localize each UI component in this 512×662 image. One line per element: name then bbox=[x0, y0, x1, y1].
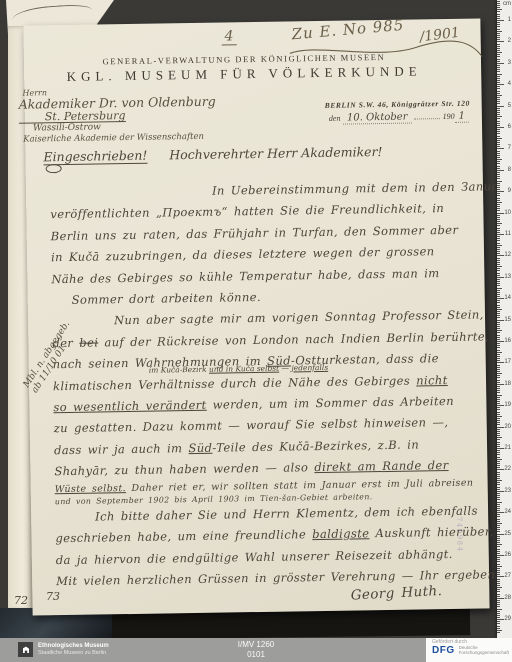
ruler-tick bbox=[497, 18, 500, 19]
ruler-tick bbox=[497, 420, 500, 421]
letter-body: In Uebereinstimmung mit dem in den Запис… bbox=[50, 177, 477, 615]
ruler-tick bbox=[497, 343, 500, 344]
ruler-tick bbox=[497, 621, 500, 622]
ruler-tick bbox=[497, 3, 500, 4]
ruler-tick bbox=[497, 273, 500, 274]
ruler-number: 11 bbox=[505, 231, 511, 237]
ruler-tick bbox=[497, 519, 500, 520]
ruler-tick bbox=[497, 153, 500, 154]
ruler-tick bbox=[497, 452, 500, 453]
ruler-tick bbox=[497, 219, 500, 220]
ruler-tick bbox=[497, 516, 500, 517]
registered-mail-note: Eingeschrieben! bbox=[43, 148, 147, 166]
ruler-tick bbox=[497, 86, 500, 87]
ruler-number: 23 bbox=[504, 488, 511, 494]
ruler-tick bbox=[497, 502, 502, 503]
ruler-tick bbox=[497, 476, 500, 477]
ruler-tick bbox=[497, 418, 500, 419]
ruler-number: 22 bbox=[504, 466, 511, 472]
ruler-tick bbox=[497, 380, 500, 381]
ruler-number: 6 bbox=[508, 124, 511, 130]
funding-block: Gefördert durch DFG Deutsche Forschungsg… bbox=[426, 638, 512, 662]
ruler-tick bbox=[497, 260, 500, 261]
ruler-tick bbox=[497, 146, 500, 147]
ruler-tick bbox=[497, 609, 502, 610]
letterhead-date-line: den 10. Oktober 1901 bbox=[329, 111, 469, 124]
ruler-tick bbox=[497, 350, 500, 351]
ruler-tick bbox=[497, 191, 504, 192]
folio-number-annotation: 4 bbox=[221, 28, 236, 45]
ruler-tick bbox=[497, 510, 500, 511]
ruler-tick bbox=[497, 600, 500, 601]
ruler-tick bbox=[497, 390, 500, 391]
ruler-tick bbox=[497, 377, 500, 378]
ruler-tick bbox=[497, 106, 504, 107]
ruler-tick bbox=[497, 148, 504, 149]
ruler-number: 9 bbox=[508, 188, 511, 194]
ruler-tick bbox=[497, 99, 500, 100]
ruler-tick bbox=[497, 330, 502, 331]
ruler-tick bbox=[497, 155, 500, 156]
ruler-tick bbox=[497, 487, 500, 488]
ruler-tick bbox=[497, 29, 500, 30]
ruler-tick bbox=[497, 255, 504, 256]
ruler-tick bbox=[497, 613, 500, 614]
ruler-tick bbox=[497, 236, 500, 237]
ruler-tick bbox=[497, 534, 504, 535]
ruler-tick bbox=[497, 576, 504, 577]
pen-stroke-decoration bbox=[12, 3, 93, 20]
ruler-tick bbox=[497, 367, 500, 368]
ruler-tick bbox=[497, 279, 500, 280]
ruler-tick bbox=[497, 67, 500, 68]
ruler-tick bbox=[497, 564, 500, 565]
ruler-tick bbox=[497, 442, 500, 443]
ruler-tick bbox=[497, 322, 500, 323]
ruler-number: 26 bbox=[504, 552, 511, 558]
ruler-tick bbox=[497, 414, 500, 415]
ruler-tick bbox=[497, 574, 500, 575]
ruler-tick bbox=[497, 467, 500, 468]
page-number-right: 73 bbox=[46, 590, 60, 603]
ruler-tick bbox=[497, 427, 504, 428]
ruler-tick bbox=[497, 332, 500, 333]
ruler-number: 5 bbox=[508, 103, 511, 109]
ruler-number: 1 bbox=[508, 17, 511, 23]
ruler-tick bbox=[497, 341, 504, 342]
ruler-tick bbox=[497, 110, 500, 111]
ruler-tick bbox=[497, 461, 500, 462]
ruler-tick bbox=[497, 123, 500, 124]
ruler-tick bbox=[497, 358, 500, 359]
ruler-tick bbox=[497, 133, 500, 134]
ruler-tick bbox=[497, 151, 500, 152]
ruler-tick bbox=[497, 493, 500, 494]
ruler-tick bbox=[497, 161, 500, 162]
ruler-tick bbox=[497, 561, 500, 562]
date-prefix: den bbox=[329, 114, 341, 123]
ruler-tick bbox=[497, 52, 502, 53]
ruler-tick bbox=[497, 101, 500, 102]
ruler-tick bbox=[497, 354, 500, 355]
ruler-tick bbox=[497, 44, 500, 45]
ruler-tick bbox=[497, 628, 500, 629]
ruler-tick bbox=[497, 472, 500, 473]
ruler-tick bbox=[497, 521, 500, 522]
ruler-tick bbox=[497, 536, 500, 537]
interline-insertion: im Kučā-Bezirk und in Kučā selbst — jede… bbox=[149, 364, 328, 375]
ruler-tick bbox=[497, 362, 504, 363]
ruler-tick bbox=[497, 315, 500, 316]
ruler-tick bbox=[497, 305, 500, 306]
ruler-tick bbox=[497, 551, 500, 552]
ruler-tick bbox=[497, 328, 500, 329]
ruler-number: 15 bbox=[504, 317, 511, 323]
ruler-tick bbox=[497, 375, 500, 376]
ruler-number: 29 bbox=[504, 616, 511, 622]
ruler-tick bbox=[497, 125, 500, 126]
ruler-tick bbox=[497, 232, 500, 233]
ruler-tick bbox=[497, 296, 500, 297]
ruler-tick bbox=[497, 249, 500, 250]
ruler-tick bbox=[497, 399, 500, 400]
ruler-tick bbox=[497, 457, 500, 458]
ruler-tick bbox=[497, 581, 500, 582]
ruler-tick bbox=[497, 373, 502, 374]
ruler-tick bbox=[497, 9, 502, 10]
ruler-number: 14 bbox=[504, 295, 511, 301]
ruler-tick bbox=[497, 369, 500, 370]
ruler-tick bbox=[497, 337, 500, 338]
ruler-tick bbox=[497, 243, 500, 244]
ruler-tick bbox=[497, 112, 500, 113]
ruler-unit-label: cm bbox=[503, 1, 511, 7]
ruler-tick bbox=[497, 546, 500, 547]
ruler-number: 20 bbox=[504, 424, 511, 430]
ruler-tick bbox=[497, 345, 500, 346]
ruler-tick bbox=[497, 187, 500, 188]
ruler-tick bbox=[497, 523, 502, 524]
ruler-tick bbox=[497, 228, 500, 229]
ruler-tick bbox=[497, 202, 502, 203]
ruler-tick bbox=[497, 172, 500, 173]
ruler-tick bbox=[497, 41, 504, 42]
ruler-number: 28 bbox=[504, 595, 511, 601]
ruler-tick bbox=[497, 395, 502, 396]
ruler-tick bbox=[497, 339, 500, 340]
ruler-tick bbox=[497, 74, 502, 75]
ruler-tick bbox=[497, 138, 502, 139]
ruler-tick bbox=[497, 602, 500, 603]
ruler-tick bbox=[497, 384, 504, 385]
ruler-tick bbox=[497, 604, 500, 605]
ruler-tick bbox=[497, 59, 500, 60]
ruler-tick bbox=[497, 474, 500, 475]
ruler-tick bbox=[497, 178, 500, 179]
ruler-tick bbox=[497, 300, 500, 301]
ruler-tick bbox=[497, 559, 500, 560]
salutation-line: Eingeschrieben! Hochverehrter Herr Akade… bbox=[43, 144, 382, 164]
ruler-tick bbox=[497, 142, 500, 143]
ruler-tick bbox=[497, 33, 500, 34]
ruler-tick bbox=[497, 439, 500, 440]
ruler-tick bbox=[497, 163, 500, 164]
ruler-tick bbox=[497, 596, 500, 597]
ruler-tick bbox=[497, 585, 500, 586]
ruler-tick bbox=[497, 168, 500, 169]
ruler-tick bbox=[497, 632, 500, 633]
ruler-tick bbox=[497, 433, 500, 434]
ruler-tick bbox=[497, 591, 500, 592]
ruler-number: 24 bbox=[504, 509, 511, 515]
ruler-tick bbox=[497, 506, 500, 507]
ruler-tick bbox=[497, 277, 504, 278]
ruler-tick bbox=[497, 204, 500, 205]
ruler-tick bbox=[497, 422, 500, 423]
ruler-tick bbox=[497, 566, 502, 567]
ruler-tick bbox=[497, 450, 500, 451]
ruler-tick bbox=[497, 206, 500, 207]
funding-name-line: Forschungsgemeinschaft bbox=[459, 651, 509, 656]
ruler-tick bbox=[497, 185, 500, 186]
ruler-tick bbox=[497, 352, 502, 353]
ruler-tick bbox=[497, 405, 504, 406]
ruler-tick bbox=[497, 93, 500, 94]
ruler-tick bbox=[497, 189, 500, 190]
ruler-number: 4 bbox=[508, 81, 511, 87]
ruler-tick bbox=[497, 508, 500, 509]
ruler-tick bbox=[497, 198, 500, 199]
ruler-tick bbox=[497, 80, 500, 81]
ruler-tick bbox=[497, 403, 500, 404]
archive-footer-bar: Ethnologisches Museum Staatliche Museen … bbox=[0, 638, 512, 662]
letter-page: 4 Zu E. No 985 /1901 GENERAL-VERWALTUNG … bbox=[23, 18, 489, 615]
greeting: Hochverehrter Herr Akademiker! bbox=[169, 144, 382, 162]
ruler-tick bbox=[497, 495, 500, 496]
ruler-tick bbox=[497, 478, 500, 479]
ruler: cm 1234567891011121314151617181920212223… bbox=[497, 0, 512, 638]
ruler-tick bbox=[497, 598, 504, 599]
ruler-tick bbox=[497, 48, 500, 49]
ruler-number: 27 bbox=[504, 573, 511, 579]
ruler-tick bbox=[497, 324, 500, 325]
ruler-tick bbox=[497, 531, 500, 532]
ruler-tick bbox=[497, 626, 500, 627]
ruler-tick bbox=[497, 555, 504, 556]
ruler-number: 19 bbox=[504, 402, 511, 408]
ruler-tick bbox=[497, 568, 500, 569]
ruler-tick bbox=[497, 283, 500, 284]
ruler-tick bbox=[497, 294, 500, 295]
ruler-number: 25 bbox=[504, 531, 511, 537]
ruler-tick bbox=[497, 482, 500, 483]
ruler-tick bbox=[497, 238, 500, 239]
ruler-tick bbox=[497, 412, 500, 413]
ruler-tick bbox=[497, 114, 500, 115]
inventory-stamp-vertical: 740984 bbox=[455, 517, 464, 553]
ruler-tick bbox=[497, 309, 502, 310]
ruler-tick bbox=[497, 491, 504, 492]
ruler-tick bbox=[497, 223, 502, 224]
ruler-tick bbox=[497, 317, 500, 318]
ruler-tick bbox=[497, 525, 500, 526]
ruler-tick bbox=[497, 557, 500, 558]
ruler-tick bbox=[497, 11, 500, 12]
ruler-tick bbox=[497, 527, 500, 528]
ruler-number: 17 bbox=[504, 359, 511, 365]
ruler-tick bbox=[497, 56, 500, 57]
ruler-tick bbox=[497, 307, 500, 308]
ruler-tick bbox=[497, 253, 500, 254]
ruler-tick bbox=[497, 46, 500, 47]
ruler-tick bbox=[497, 275, 500, 276]
ruler-tick bbox=[497, 251, 500, 252]
ruler-tick bbox=[497, 288, 502, 289]
ruler-tick bbox=[497, 170, 504, 171]
ruler-tick bbox=[497, 159, 502, 160]
ruler-tick bbox=[497, 210, 500, 211]
ruler-number: 2 bbox=[508, 38, 511, 44]
ruler-tick bbox=[497, 26, 500, 27]
ruler-tick bbox=[497, 401, 500, 402]
ruler-tick bbox=[497, 245, 502, 246]
ruler-tick bbox=[497, 465, 500, 466]
ruler-tick bbox=[497, 619, 504, 620]
ruler-tick bbox=[497, 88, 500, 89]
ruler-tick bbox=[497, 553, 500, 554]
ruler-tick bbox=[497, 504, 500, 505]
ruler-number: 8 bbox=[508, 167, 511, 173]
ruler-tick bbox=[497, 365, 500, 366]
ruler-tick bbox=[497, 193, 500, 194]
ruler-number: 3 bbox=[508, 60, 511, 66]
ruler-tick bbox=[497, 356, 500, 357]
ruler-tick bbox=[497, 5, 500, 6]
ruler-tick bbox=[497, 116, 502, 117]
ruler-tick bbox=[497, 435, 500, 436]
ruler-tick bbox=[497, 35, 500, 36]
ruler-tick bbox=[497, 181, 502, 182]
ruler-tick bbox=[497, 623, 500, 624]
ruler-tick bbox=[497, 217, 500, 218]
ruler-tick bbox=[497, 108, 500, 109]
ruler-tick bbox=[497, 270, 500, 271]
ruler-tick bbox=[497, 529, 500, 530]
ruler-tick bbox=[497, 484, 500, 485]
ruler-tick bbox=[497, 78, 500, 79]
ruler-tick bbox=[497, 240, 500, 241]
ruler-tick bbox=[497, 388, 500, 389]
ruler-tick bbox=[497, 463, 500, 464]
ruler-tick bbox=[497, 234, 504, 235]
ruler-tick bbox=[497, 424, 500, 425]
ruler-tick bbox=[497, 392, 500, 393]
ruler-tick bbox=[497, 538, 500, 539]
ruler-tick bbox=[497, 469, 504, 470]
ruler-tick bbox=[497, 544, 502, 545]
ruler-tick bbox=[497, 176, 500, 177]
ruler-tick bbox=[497, 617, 500, 618]
ruler-tick bbox=[497, 268, 500, 269]
ruler-tick bbox=[497, 264, 500, 265]
archival-scan-viewer: 4 Zu E. No 985 /1901 GENERAL-VERWALTUNG … bbox=[0, 0, 512, 662]
ruler-tick bbox=[497, 512, 504, 513]
ruler-tick bbox=[497, 579, 500, 580]
ruler-tick bbox=[497, 454, 500, 455]
ruler-tick bbox=[497, 14, 500, 15]
ruler-tick bbox=[497, 266, 502, 267]
ruler-tick bbox=[497, 583, 500, 584]
ruler-tick bbox=[497, 20, 504, 21]
recipient-city: St. Petersburg bbox=[19, 110, 126, 124]
ruler-tick bbox=[497, 195, 500, 196]
ruler-tick bbox=[497, 407, 500, 408]
ruler-tick bbox=[497, 131, 500, 132]
ruler-tick bbox=[497, 84, 504, 85]
ruler-tick bbox=[497, 200, 500, 201]
ruler-number: 21 bbox=[504, 445, 511, 451]
ruler-tick bbox=[497, 302, 500, 303]
recipient-institution: Kaiserliche Akademie der Wissenschaften bbox=[19, 132, 216, 146]
ruler-tick bbox=[497, 431, 500, 432]
letterhead-address: BERLIN S.W. 46, Königgrätzer Str. 120 bbox=[325, 99, 470, 110]
ruler-number: 16 bbox=[504, 338, 511, 344]
ruler-tick bbox=[497, 630, 502, 631]
ruler-tick bbox=[497, 606, 500, 607]
ruler-tick bbox=[497, 499, 500, 500]
ruler-tick bbox=[497, 121, 500, 122]
ruler-number: 7 bbox=[508, 145, 511, 151]
ruler-tick bbox=[497, 587, 502, 588]
ruler-tick bbox=[497, 572, 500, 573]
ruler-tick bbox=[497, 91, 500, 92]
ruler-tick bbox=[497, 262, 500, 263]
date-year-printed: 190 bbox=[442, 112, 454, 121]
ruler-tick bbox=[497, 54, 500, 55]
ruler-tick bbox=[497, 7, 500, 8]
ruler-tick bbox=[497, 97, 500, 98]
ruler-tick bbox=[497, 292, 500, 293]
ruler-tick bbox=[497, 589, 500, 590]
ruler-tick bbox=[497, 247, 500, 248]
ruler-tick bbox=[497, 542, 500, 543]
ruler-tick bbox=[497, 157, 500, 158]
ruler-tick bbox=[497, 118, 500, 119]
ruler-tick bbox=[497, 313, 500, 314]
ruler-tick bbox=[497, 140, 500, 141]
ruler-tick bbox=[497, 320, 504, 321]
ruler-tick bbox=[497, 549, 500, 550]
ruler-tick bbox=[497, 409, 500, 410]
ruler-tick bbox=[497, 208, 500, 209]
ruler-tick bbox=[497, 514, 500, 515]
ruler-tick bbox=[497, 1, 500, 2]
ruler-tick bbox=[497, 437, 502, 438]
ruler-tick bbox=[497, 221, 500, 222]
ruler-tick bbox=[497, 22, 500, 23]
ruler-tick bbox=[497, 290, 500, 291]
ruler-tick bbox=[497, 127, 504, 128]
ruler-tick bbox=[497, 215, 500, 216]
ruler-tick bbox=[497, 76, 500, 77]
ruler-tick bbox=[497, 24, 500, 25]
ruler-tick bbox=[497, 347, 500, 348]
ruler-tick bbox=[497, 37, 500, 38]
ruler-tick bbox=[497, 16, 500, 17]
ruler-tick bbox=[497, 386, 500, 387]
ruler-tick bbox=[497, 225, 500, 226]
ruler-tick bbox=[497, 285, 500, 286]
